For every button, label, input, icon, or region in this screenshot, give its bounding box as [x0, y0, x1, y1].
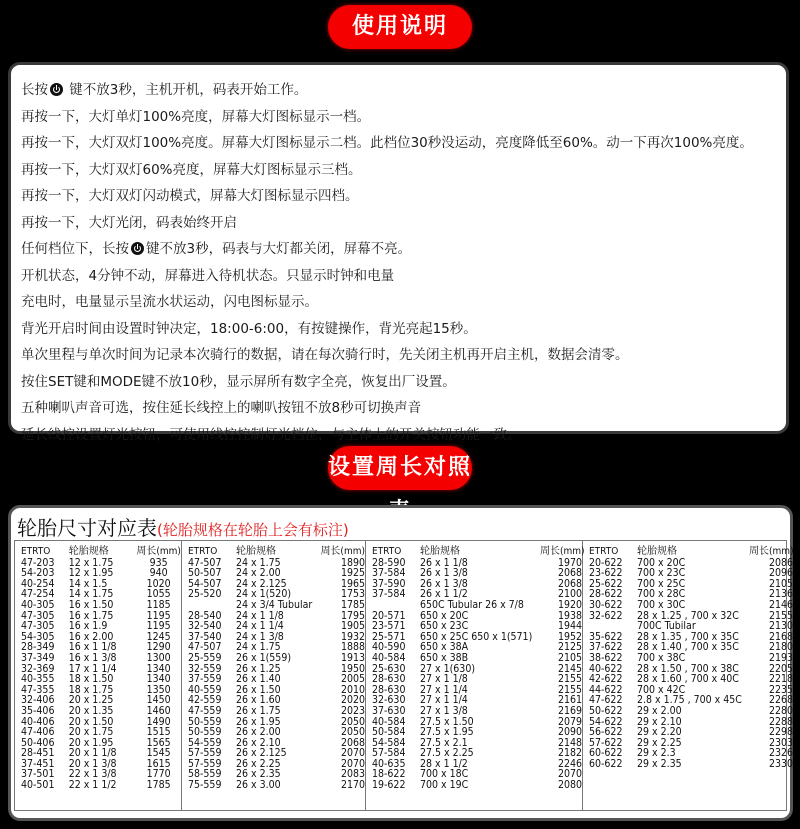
instruction-text: 键不放3秒，主机开机，码表开始工作。 [65, 82, 307, 98]
table-column-2: ETRTO轮胎规格周长(mm)47-50724 x 1.75189050-507… [182, 541, 366, 810]
etrto-cell: 40-501 [21, 780, 69, 791]
etrto-cell: 40-305 [21, 600, 69, 611]
table-row: 40-50122 x 1 1/21785 [21, 780, 181, 791]
length-cell: 2146 [749, 600, 793, 611]
etrto-cell: 37-630 [372, 706, 420, 717]
size-cell: 700 x 19C [420, 780, 540, 791]
instruction-line: 长按 键不放3秒，主机开机，码表开始工作。 [21, 77, 786, 104]
table-header-row: ETRTO轮胎规格周长(mm) [188, 547, 365, 558]
size-cell: 26 x 1(559) [236, 653, 320, 664]
size-cell: 700 x 30C [637, 600, 749, 611]
etrto-cell: 35-406 [21, 706, 69, 717]
instruction-line: 开机状态，4分钟不动，屏幕进入待机状态。只显示时钟和电量 [21, 263, 786, 290]
instruction-line: 再按一下，大灯双灯闪动模式，屏幕大灯图标显示四档。 [21, 183, 786, 210]
length-cell: 2193 [749, 653, 793, 664]
etrto-cell [188, 600, 236, 611]
size-cell: 24 x 3/4 Tubular [236, 600, 320, 611]
table-column-1: ETRTO轮胎规格周长(mm)47-20312 x 1.7593554-2031… [15, 541, 182, 810]
table-title-text: 轮胎尺寸对应表 [17, 516, 157, 540]
etrto-cell: 38-622 [589, 653, 637, 664]
header-etrto: ETRTO [589, 547, 637, 558]
header-size: 轮胎规格 [69, 547, 137, 558]
instruction-line: 再按一下，大灯双灯100%亮度。屏幕大灯图标显示二档。此档位30秒没运动，亮度降… [21, 130, 786, 157]
table-row: 25-55926 x 1(559)1913 [188, 653, 365, 664]
table-header-row: ETRTO轮胎规格周长(mm) [21, 547, 181, 558]
instruction-text: 任何档位下，长按 [21, 241, 129, 257]
etrto-cell: 37-349 [21, 653, 69, 664]
length-cell: 1920 [540, 600, 582, 611]
table-row: 24 x 3/4 Tubular1785 [188, 600, 365, 611]
size-cell: 22 x 1 1/2 [69, 780, 137, 791]
instruction-line: 再按一下，大灯单灯100%亮度，屏幕大灯图标显示一档。 [21, 104, 786, 131]
header-length: 周长(mm) [136, 547, 181, 558]
length-cell: 2169 [540, 706, 582, 717]
length-cell: 1185 [136, 600, 181, 611]
instruction-line: 按住SET键和MODE键不放10秒，显示屏所有数字全亮，恢复出厂设置。 [21, 369, 786, 396]
etrto-cell: 30-622 [589, 600, 637, 611]
size-cell: 20 x 1.35 [69, 706, 137, 717]
tyre-size-table: ETRTO轮胎规格周长(mm)47-20312 x 1.7593554-2031… [14, 540, 787, 811]
table-title: 轮胎尺寸对应表(轮胎规格在轮胎上会有标注) [17, 512, 349, 541]
etrto-cell: 60-622 [589, 759, 637, 770]
length-cell: 1785 [320, 600, 365, 611]
table-header-row: ETRTO轮胎规格周长(mm) [589, 547, 793, 558]
instruction-line: 延长线控设置灯光按钮，可使用线控控制灯光档位，与主体上的开关按钮功能一致。 [21, 422, 786, 449]
instructions-panel: 长按 键不放3秒，主机开机，码表开始工作。再按一下，大灯单灯100%亮度，屏幕大… [8, 62, 789, 434]
size-cell: 26 x 1.75 [236, 706, 320, 717]
etrto-cell: 25-520 [188, 589, 236, 600]
etrto-cell: 47-559 [188, 706, 236, 717]
etrto-cell: 37-584 [372, 589, 420, 600]
size-cell: 29 x 2.00 [637, 706, 749, 717]
table-row: 50-62229 x 2.002280 [589, 706, 793, 717]
length-cell: 1300 [136, 653, 181, 664]
table-row: 19-622700 x 19C2080 [372, 780, 582, 791]
header-length: 周长(mm) [749, 547, 793, 558]
table-title-note: (轮胎规格在轮胎上会有标注) [157, 521, 349, 539]
length-cell: 1913 [320, 653, 365, 664]
instruction-line: 再按一下，大灯光闭，码表始终开启 [21, 210, 786, 237]
length-cell: 2023 [320, 706, 365, 717]
instruction-line: 充电时，电量显示呈流水状运动，闪电图标显示。 [21, 289, 786, 316]
length-cell: 1785 [136, 780, 181, 791]
instruction-text: 长按 [21, 82, 48, 98]
table-row: 38-622700 x 38C2193 [589, 653, 793, 664]
length-cell: 1460 [136, 706, 181, 717]
table-row: 47-55926 x 1.752023 [188, 706, 365, 717]
table-row: 40-30516 x 1.501185 [21, 600, 181, 611]
section-header-instructions: 使用说明 [328, 5, 472, 49]
power-icon [131, 242, 144, 255]
table-row: 37-34916 x 1 3/81300 [21, 653, 181, 664]
table-column-4: ETRTO轮胎规格周长(mm)20-622700 x 20C208623-622… [583, 541, 793, 810]
table-row: 40-584650 x 38B2105 [372, 653, 582, 664]
header-etrto: ETRTO [21, 547, 69, 558]
header-length: 周长(mm) [320, 547, 365, 558]
section-header-circumference: 设置周长对照表 [328, 446, 472, 490]
etrto-cell: 50-622 [589, 706, 637, 717]
size-cell: 650C Tubular 26 x 7/8 [420, 600, 540, 611]
length-cell: 2280 [749, 706, 793, 717]
length-cell: 2330 [749, 759, 793, 770]
size-cell: 650 x 38B [420, 653, 540, 664]
instruction-line: 五种喇叭声音可选，按住延长线控上的喇叭按钮不放8秒可切换声音 [21, 395, 786, 422]
etrto-cell: 19-622 [372, 780, 420, 791]
table-row: 37-63027 x 1 3/82169 [372, 706, 582, 717]
header-etrto: ETRTO [188, 547, 236, 558]
length-cell: 2170 [320, 780, 365, 791]
etrto-cell [372, 600, 420, 611]
instruction-line: 背光开启时间由设置时钟决定，18:00-6:00，有按键操作，背光亮起15秒。 [21, 316, 786, 343]
instruction-line: 任何档位下，长按键不放3秒，码表与大灯都关闭，屏幕不亮。 [21, 236, 786, 263]
etrto-cell: 40-584 [372, 653, 420, 664]
size-cell: 700 x 38C [637, 653, 749, 664]
header-etrto: ETRTO [372, 547, 420, 558]
instruction-line: 单次里程与单次时间为记录本次骑行的数据，请在每次骑行时，先关闭主机再开启主机，数… [21, 342, 786, 369]
etrto-cell: 75-559 [188, 780, 236, 791]
size-cell: 27 x 1 3/8 [420, 706, 540, 717]
header-length: 周长(mm) [540, 547, 582, 558]
header-size: 轮胎规格 [637, 547, 749, 558]
instruction-text: 键不放3秒，码表与大灯都关闭，屏幕不亮。 [146, 241, 411, 257]
power-icon [50, 83, 63, 96]
table-row: 30-622700 x 30C2146 [589, 600, 793, 611]
header-size: 轮胎规格 [420, 547, 540, 558]
length-cell: 2105 [540, 653, 582, 664]
table-row: 650C Tubular 26 x 7/81920 [372, 600, 582, 611]
instruction-line: 再按一下，大灯双灯60%亮度，屏幕大灯图标显示三档。 [21, 157, 786, 184]
section-title: 使用说明 [352, 14, 448, 39]
size-cell: 16 x 1 3/8 [69, 653, 137, 664]
size-cell: 16 x 1.50 [69, 600, 137, 611]
tyre-size-panel: 轮胎尺寸对应表(轮胎规格在轮胎上会有标注) ETRTO轮胎规格周长(mm)47-… [8, 505, 793, 821]
length-cell: 2080 [540, 780, 582, 791]
size-cell: 29 x 2.35 [637, 759, 749, 770]
header-size: 轮胎规格 [236, 547, 320, 558]
table-row: 60-62229 x 2.352330 [589, 759, 793, 770]
table-column-3: ETRTO轮胎规格周长(mm)28-59026 x 1 1/8197037-58… [366, 541, 583, 810]
etrto-cell: 32-622 [589, 611, 637, 622]
etrto-cell: 25-559 [188, 653, 236, 664]
table-row: 75-55926 x 3.002170 [188, 780, 365, 791]
size-cell: 26 x 3.00 [236, 780, 320, 791]
table-row: 35-40620 x 1.351460 [21, 706, 181, 717]
table-header-row: ETRTO轮胎规格周长(mm) [372, 547, 582, 558]
